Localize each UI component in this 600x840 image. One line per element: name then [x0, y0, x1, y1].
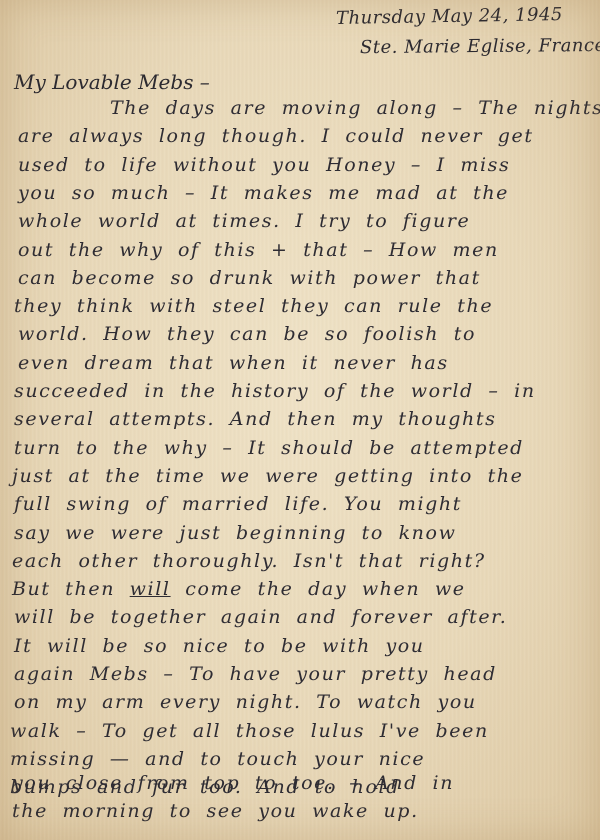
- letter-line: again Mebs – To have your pretty head: [14, 663, 497, 685]
- letter-line: can become so drunk with power that: [18, 267, 481, 289]
- letter-line: will be together again and forever after…: [14, 606, 507, 628]
- letter-header: Thursday May 24, 1945 Ste. Marie Eglise,…: [300, 0, 600, 70]
- letter-line: you close from top to toe. – And in: [12, 772, 454, 794]
- letter-line: used to life without you Honey – I miss: [18, 154, 510, 176]
- letter-line: walk – To get all those lulus I've been: [10, 720, 489, 742]
- letter-line: full swing of married life. You might: [14, 493, 462, 515]
- letter-line: on my arm every night. To watch you: [14, 691, 477, 713]
- letter-line: The days are moving along – The nights: [110, 97, 600, 119]
- letter-line: whole world at times. I try to figure: [18, 210, 470, 232]
- letter-line: missing — and to touch your nice: [10, 748, 425, 770]
- letter-page: Thursday May 24, 1945 Ste. Marie Eglise,…: [0, 0, 600, 840]
- letter-line: they think with steel they can rule the: [14, 295, 493, 317]
- letter-line: several attempts. And then my thoughts: [14, 408, 496, 430]
- letter-line: But then will come the day when we: [12, 578, 466, 600]
- letter-line: turn to the why – It should be attempted: [14, 437, 524, 459]
- letter-line: succeeded in the history of the world – …: [14, 380, 536, 402]
- letter-place: Ste. Marie Eglise, France.: [360, 35, 600, 58]
- underlined-word: will: [130, 578, 171, 600]
- letter-line: the morning to see you wake up.: [12, 800, 419, 822]
- letter-line: world. How they can be so foolish to: [18, 323, 476, 345]
- letter-line: out the why of this + that – How men: [18, 239, 499, 261]
- letter-line: It will be so nice to be with you: [14, 635, 425, 657]
- letter-line: even dream that when it never has: [18, 352, 449, 374]
- letter-date: Thursday May 24, 1945: [336, 4, 563, 29]
- letter-line: each other thoroughly. Isn't that right?: [12, 550, 486, 572]
- letter-line: just at the time we were getting into th…: [12, 465, 523, 487]
- letter-line: you so much – It makes me mad at the: [18, 182, 509, 204]
- letter-line: are always long though. I could never ge…: [18, 125, 534, 147]
- letter-line: say we were just beginning to know: [14, 522, 456, 544]
- letter-salutation: My Lovable Mebs –: [14, 70, 210, 94]
